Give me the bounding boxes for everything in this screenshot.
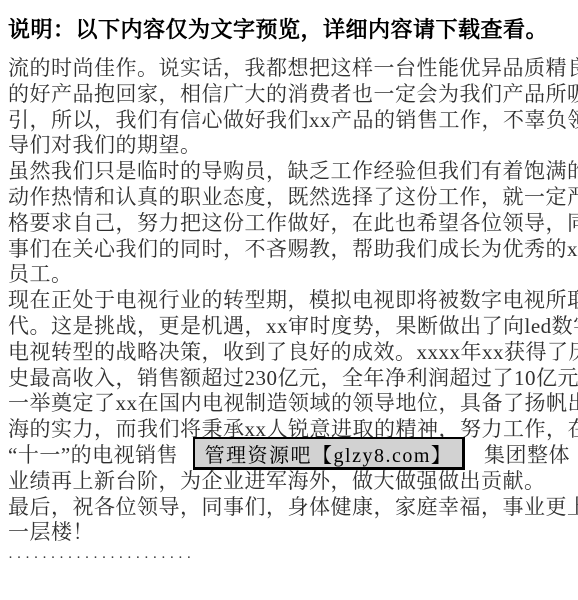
text-line: 一举奠定了xx在国内电视制造领域的领导地位，具备了扬帆出 [8,391,570,417]
text-line: 动作热情和认真的职业态度，既然选择了这份工作，就一定严 [8,185,570,211]
text-line: 现在正处于电视行业的转型期，模拟电视即将被数字电视所取 [8,288,570,314]
occluded-line-left-fragment: “十一”的电视销售 [8,443,178,467]
trailing-dots: ······················ [8,546,570,572]
text-line: 电视转型的战略决策，收到了良好的成效。xxxx年xx获得了历 [8,340,570,366]
text-line: 业绩再上新台阶，为企业进军海外，做大做强做出贡献。 [8,469,570,495]
text-line: 员工。 [8,262,570,288]
text-line: 最后，祝各位领导，同事们，身体健康，家庭幸福，事业更上 [8,495,570,521]
text-line: 导们对我们的期望。 [8,133,570,159]
site-watermark-stamp: 管理资源吧【glzy8.com】 [193,437,465,470]
occluded-line-right-fragment: 集团整体 [484,443,570,469]
text-line: 引，所以，我们有信心做好我们xx产品的销售工作，不辜负领 [8,108,570,134]
text-line: 虽然我们只是临时的导购员，缺乏工作经验但我们有着饱满的 [8,159,570,185]
preview-notice-header: 说明：以下内容仅为文字预览，详细内容请下载查看。 [8,16,570,44]
text-line: 流的时尚佳作。说实话，我都想把这样一台性能优异品质精良 [8,56,570,82]
text-line: 格要求自己，努力把这份工作做好，在此也希望各位领导，同 [8,211,570,237]
text-line: 事们在关心我们的同时，不吝赐教，帮助我们成长为优秀的xx [8,237,570,263]
document-preview-page: 说明：以下内容仅为文字预览，详细内容请下载查看。 流的时尚佳作。说实话，我都想把… [0,0,578,600]
text-line: 一层楼！ [8,520,570,546]
document-body: 说明：以下内容仅为文字预览，详细内容请下载查看。 流的时尚佳作。说实话，我都想把… [0,0,578,572]
text-line: 代。这是挑战，更是机遇，xx审时度势，果断做出了向led数字 [8,314,570,340]
document-text: 流的时尚佳作。说实话，我都想把这样一台性能优异品质精良 的好产品抱回家，相信广大… [8,56,570,572]
site-watermark-text: 管理资源吧【glzy8.com】 [205,439,453,468]
text-line: 史最高收入，销售额超过230亿元，全年净利润超过了10亿元， [8,366,570,392]
text-line: 的好产品抱回家，相信广大的消费者也一定会为我们产品所吸 [8,82,570,108]
